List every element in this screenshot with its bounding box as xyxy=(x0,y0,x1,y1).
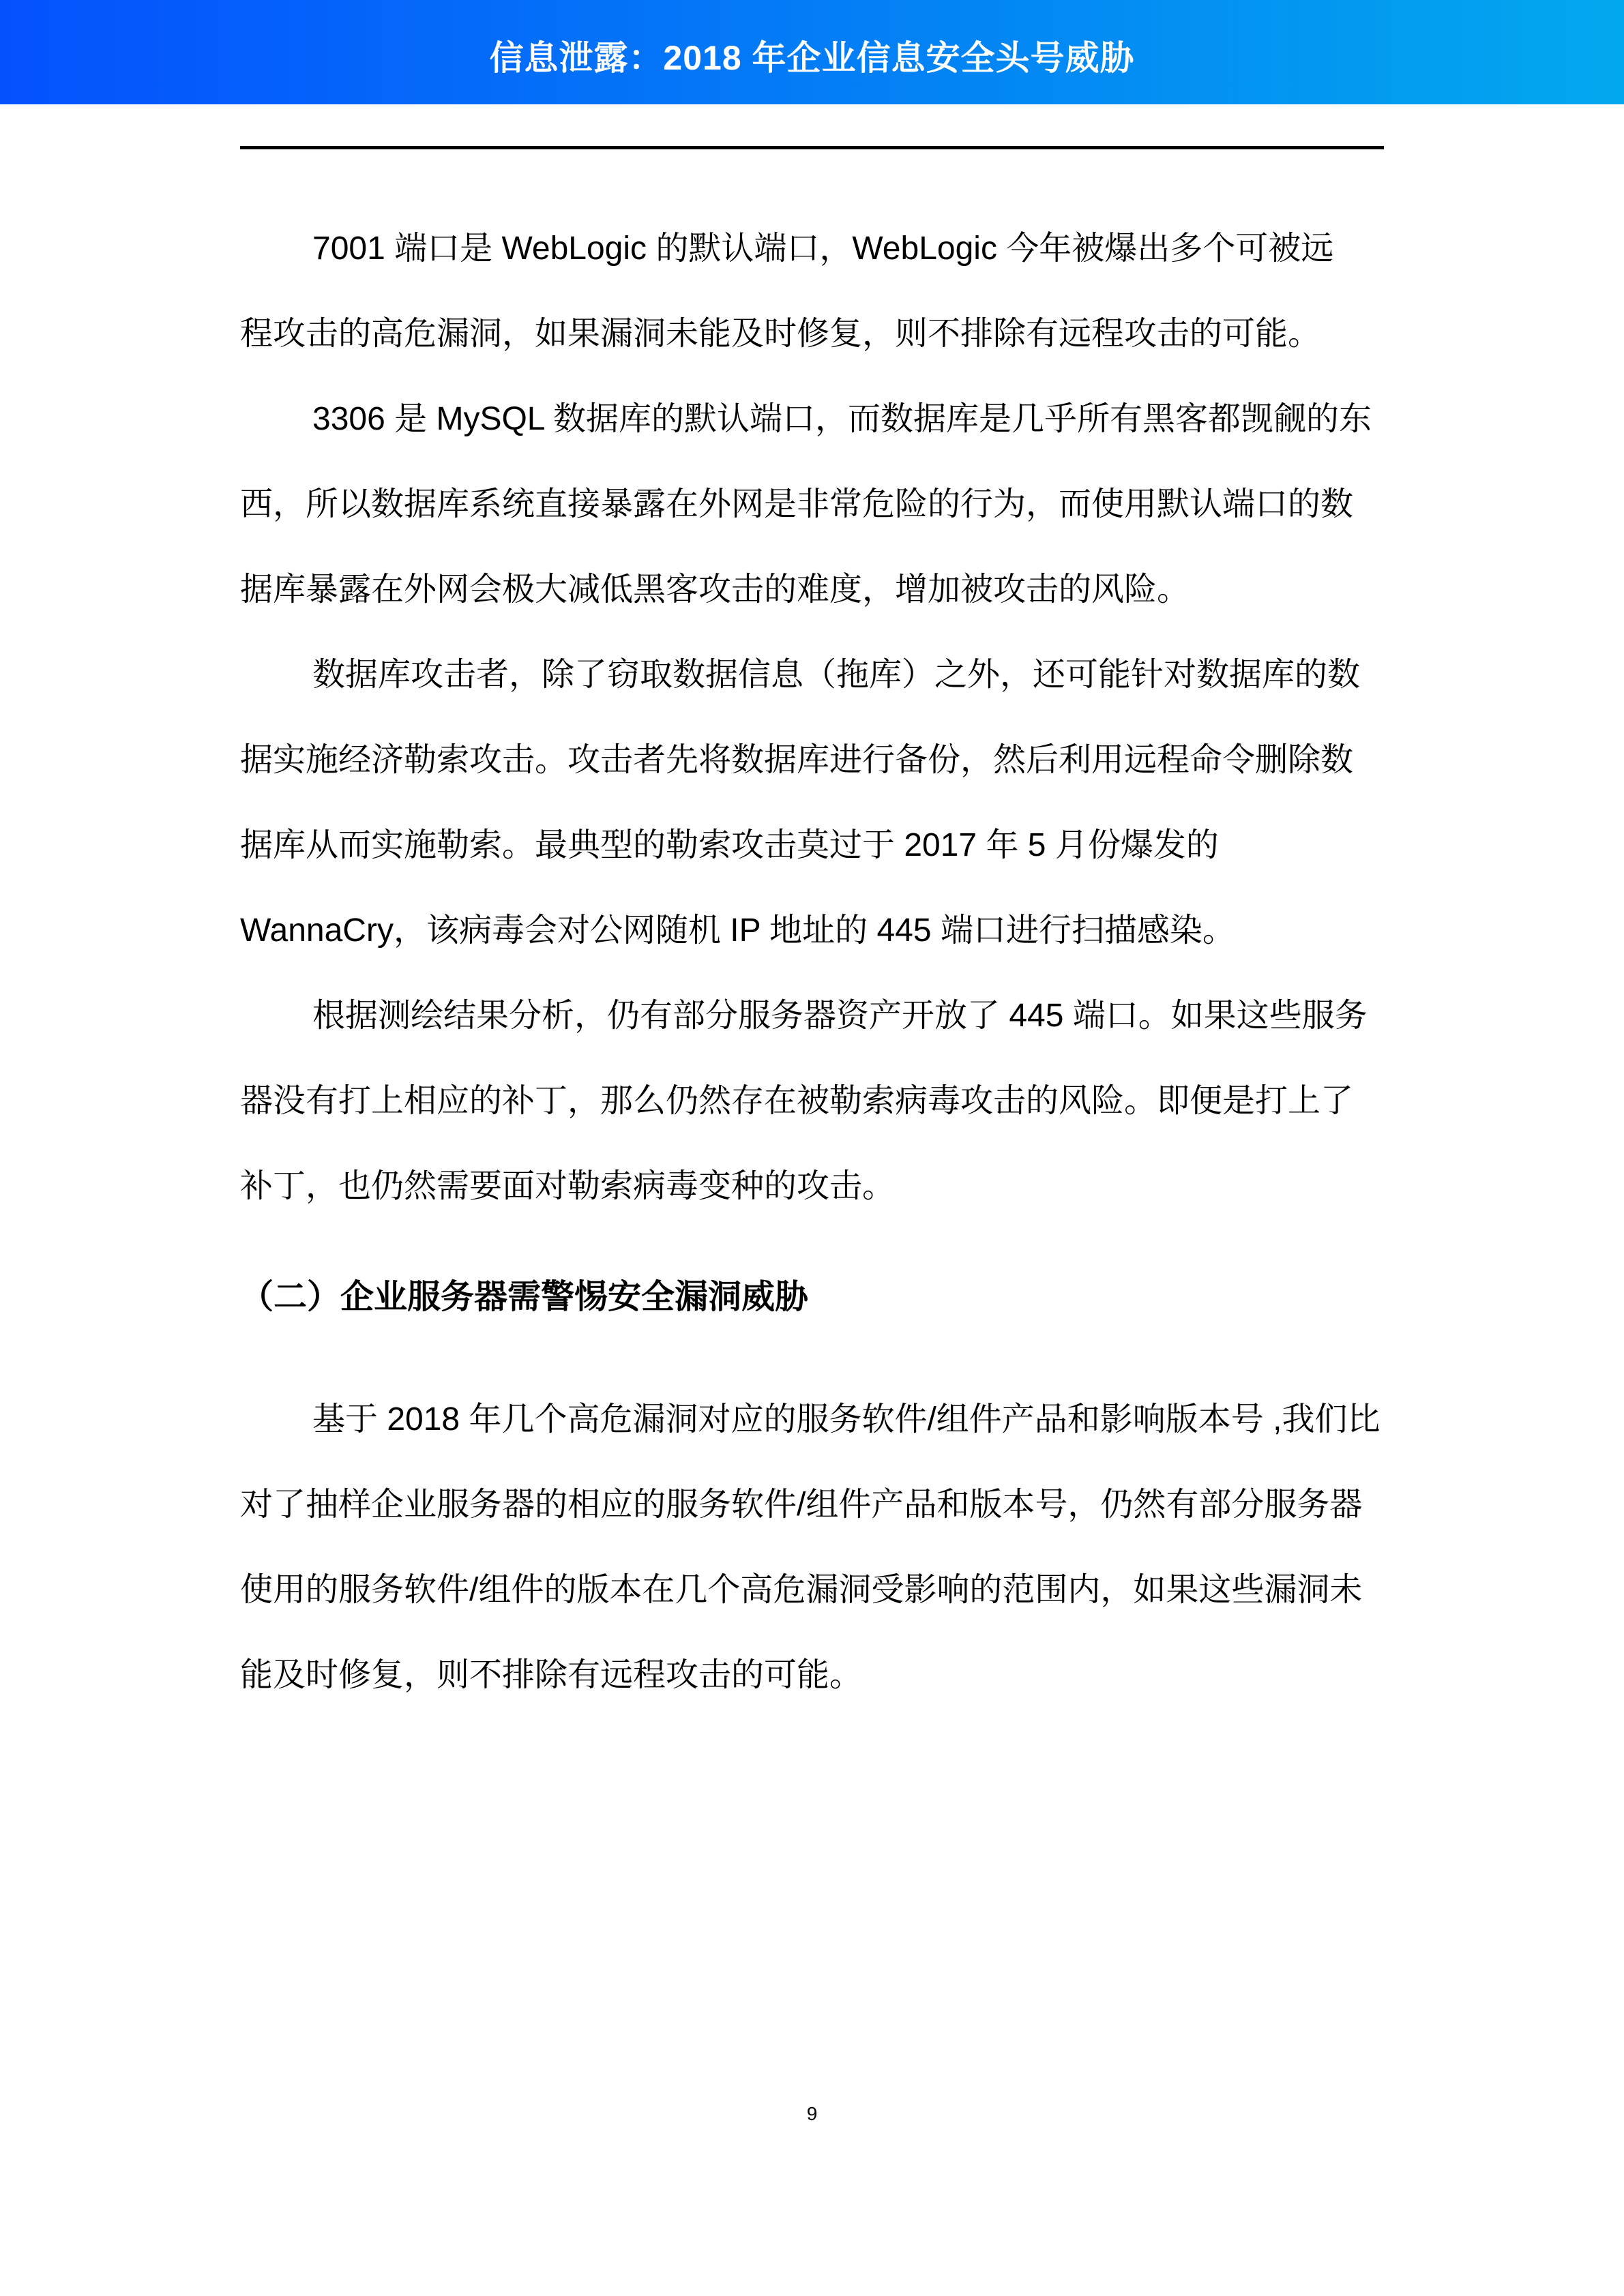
page-header-band: 信息泄露：2018 年企业信息安全头号威胁 xyxy=(0,0,1624,104)
paragraph-line: 7001 端口是 WebLogic 的默认端口，WebLogic 今年被爆出多个… xyxy=(240,206,1384,291)
paragraph-line: 3306 是 MySQL 数据库的默认端口，而数据库是几乎所有黑客都觊觎的东 xyxy=(240,376,1384,462)
paragraph-line: 器没有打上相应的补丁，那么仍然存在被勒索病毒攻击的风险。即便是打上了 xyxy=(240,1058,1384,1144)
paragraph-line: 基于 2018 年几个高危漏洞对应的服务软件/组件产品和影响版本号 ,我们比 xyxy=(240,1377,1384,1462)
page-number: 9 xyxy=(0,2100,1624,2128)
paragraph-line: 西，所以数据库系统直接暴露在外网是非常危险的行为，而使用默认端口的数 xyxy=(240,462,1384,547)
paragraph-line: 使用的服务软件/组件的版本在几个高危漏洞受影响的范围内，如果这些漏洞未 xyxy=(240,1547,1384,1632)
body-paragraph: 根据测绘结果分析，仍有部分服务器资产开放了 445 端口。如果这些服务器没有打上… xyxy=(240,973,1384,1229)
paragraph-line: 据实施经济勒索攻击。攻击者先将数据库进行备份，然后利用远程命令删除数 xyxy=(240,717,1384,803)
paragraph-line: 程攻击的高危漏洞，如果漏洞未能及时修复，则不排除有远程攻击的可能。 xyxy=(240,291,1384,376)
body-paragraph: 3306 是 MySQL 数据库的默认端口，而数据库是几乎所有黑客都觊觎的东西，… xyxy=(240,376,1384,632)
paragraph-line: 补丁，也仍然需要面对勒索病毒变种的攻击。 xyxy=(240,1144,1384,1229)
paragraph-line: 根据测绘结果分析，仍有部分服务器资产开放了 445 端口。如果这些服务 xyxy=(240,973,1384,1058)
paragraph-line: 对了抽样企业服务器的相应的服务软件/组件产品和版本号，仍然有部分服务器 xyxy=(240,1462,1384,1547)
page-title: 信息泄露：2018 年企业信息安全头号威胁 xyxy=(489,25,1134,80)
document-body: 7001 端口是 WebLogic 的默认端口，WebLogic 今年被爆出多个… xyxy=(240,206,1384,1718)
body-paragraph: 基于 2018 年几个高危漏洞对应的服务软件/组件产品和影响版本号 ,我们比对了… xyxy=(240,1377,1384,1718)
paragraph-line: 据库暴露在外网会极大减低黑客攻击的难度，增加被攻击的风险。 xyxy=(240,547,1384,632)
paragraph-line: 能及时修复，则不排除有远程攻击的可能。 xyxy=(240,1632,1384,1718)
section-heading: （二）企业服务器需警惕安全漏洞威胁 xyxy=(240,1255,1384,1340)
paragraph-line: 据库从而实施勒索。最典型的勒索攻击莫过于 2017 年 5 月份爆发的 xyxy=(240,803,1384,888)
body-paragraph: 数据库攻击者，除了窃取数据信息（拖库）之外，还可能针对数据库的数据实施经济勒索攻… xyxy=(240,632,1384,973)
paragraph-line: WannaCry，该病毒会对公网随机 IP 地址的 445 端口进行扫描感染。 xyxy=(240,888,1384,973)
header-divider-rule xyxy=(240,146,1384,149)
body-paragraph: 7001 端口是 WebLogic 的默认端口，WebLogic 今年被爆出多个… xyxy=(240,206,1384,376)
paragraph-line: 数据库攻击者，除了窃取数据信息（拖库）之外，还可能针对数据库的数 xyxy=(240,632,1384,717)
